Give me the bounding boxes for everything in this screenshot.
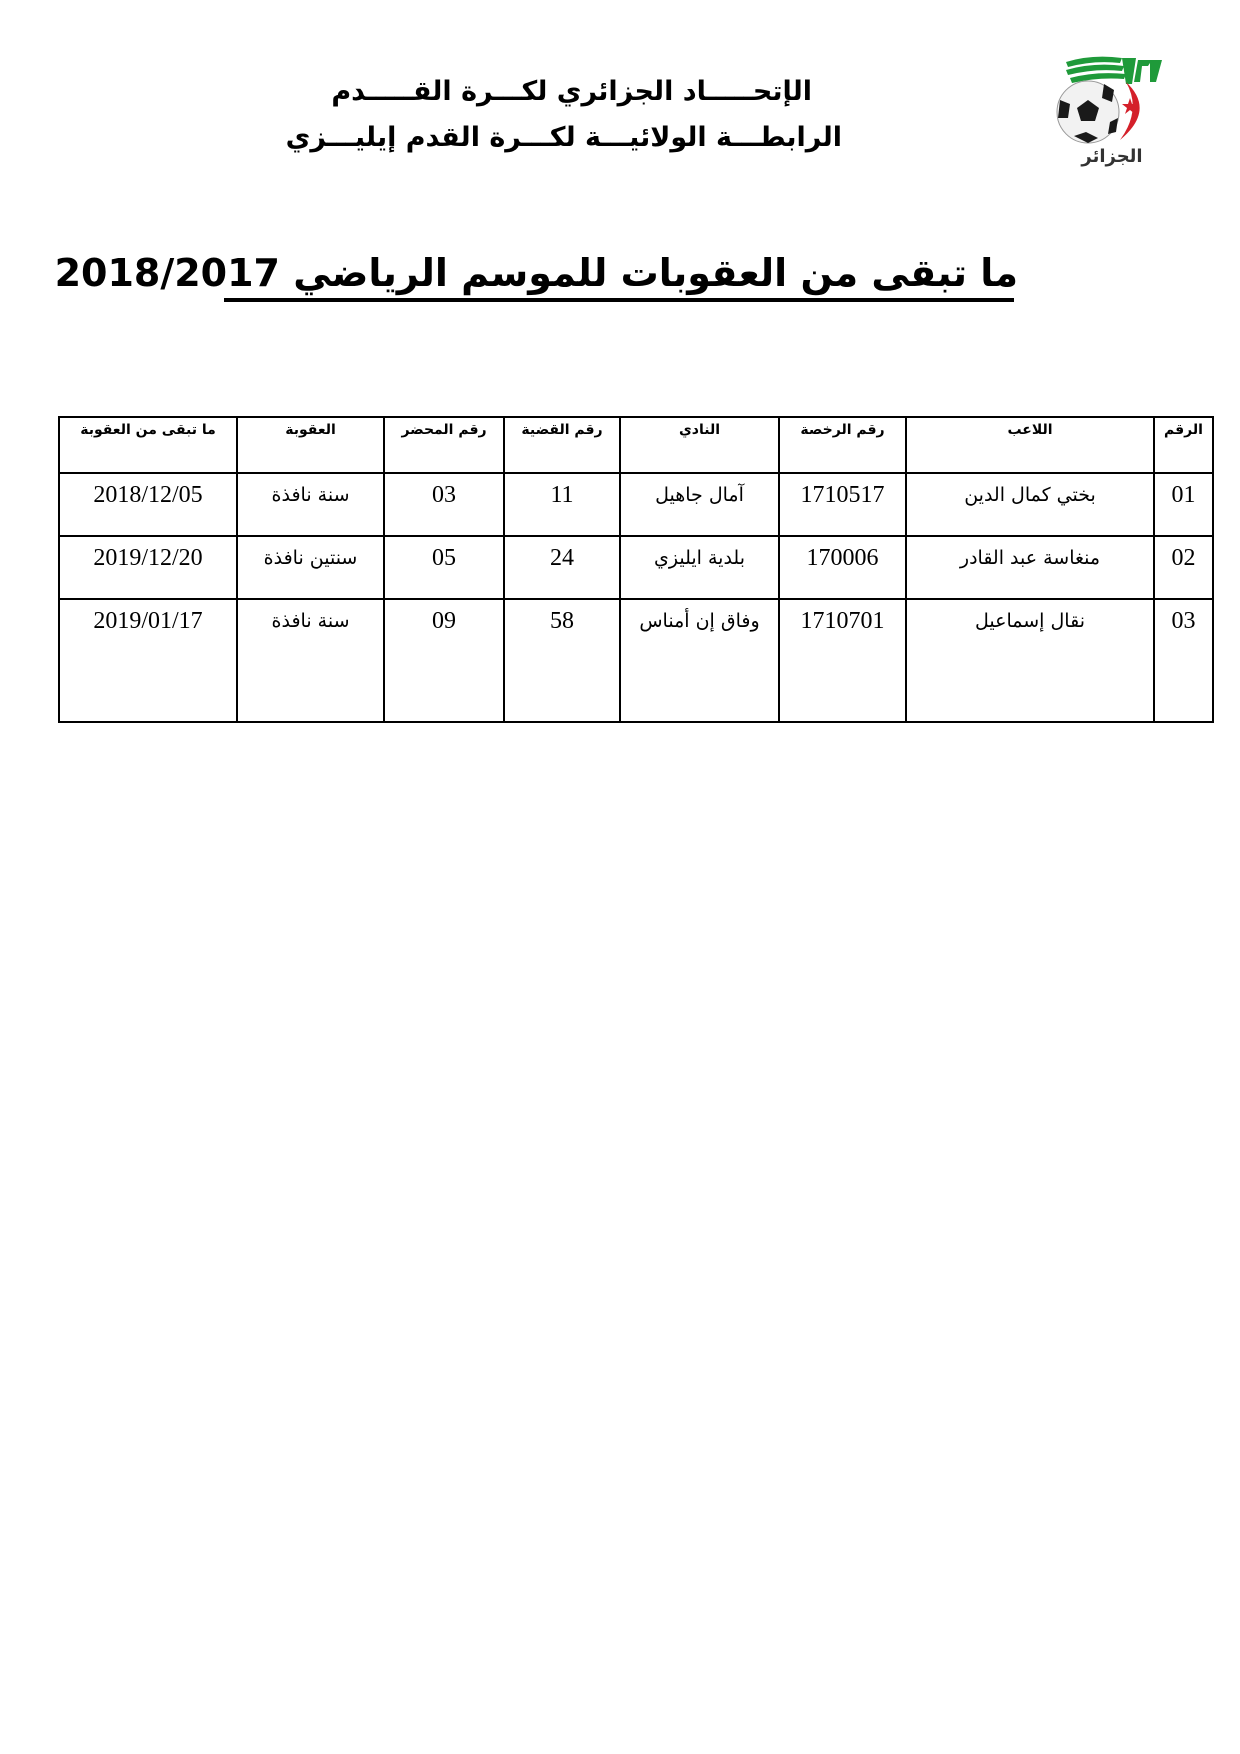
cell-report: 05 xyxy=(384,536,504,599)
cell-player: نقال إسماعيل xyxy=(906,599,1154,722)
cell-remaining: 2019/12/20 xyxy=(59,536,237,599)
cell-number: 02 xyxy=(1154,536,1213,599)
column-header-player: اللاعب xyxy=(906,417,1154,473)
cell-sanction: سنتين نافذة xyxy=(237,536,384,599)
column-header-case: رقم القضية xyxy=(504,417,620,473)
column-header-sanction: العقوبة xyxy=(237,417,384,473)
cell-sanction: سنة نافذة xyxy=(237,473,384,536)
cell-club: آمال جاهيل xyxy=(620,473,779,536)
cell-player: منغاسة عبد القادر xyxy=(906,536,1154,599)
cell-license: 1710517 xyxy=(779,473,906,536)
cell-sanction: سنة نافذة xyxy=(237,599,384,722)
cell-number: 03 xyxy=(1154,599,1213,722)
federation-name: الإتحـــــاد الجزائري لكـــرة القـــــدم xyxy=(331,76,812,107)
cell-report: 09 xyxy=(384,599,504,722)
cell-number: 01 xyxy=(1154,473,1213,536)
cell-club: وفاق إن أمناس xyxy=(620,599,779,722)
cell-club: بلدية ايليزي xyxy=(620,536,779,599)
column-header-license: رقم الرخصة xyxy=(779,417,906,473)
table-header-row: الرقم اللاعب رقم الرخصة النادي رقم القضي… xyxy=(59,417,1213,473)
title-underline xyxy=(224,298,1014,302)
column-header-remaining: ما تبقى من العقوبة xyxy=(59,417,237,473)
cell-case: 58 xyxy=(504,599,620,722)
column-header-report: رقم المحضر xyxy=(384,417,504,473)
column-header-number: الرقم xyxy=(1154,417,1213,473)
logo-caption: الجزائر xyxy=(1080,146,1142,167)
cell-case: 24 xyxy=(504,536,620,599)
cell-remaining: 2019/01/17 xyxy=(59,599,237,722)
cell-player: بختي كمال الدين xyxy=(906,473,1154,536)
cell-license: 1710701 xyxy=(779,599,906,722)
column-header-club: النادي xyxy=(620,417,779,473)
cell-remaining: 2018/12/05 xyxy=(59,473,237,536)
table-row: 02 منغاسة عبد القادر 170006 بلدية ايليزي… xyxy=(59,536,1213,599)
cell-report: 03 xyxy=(384,473,504,536)
sanctions-table: الرقم اللاعب رقم الرخصة النادي رقم القضي… xyxy=(58,416,1214,723)
football-federation-logo-icon: الجزائر xyxy=(1052,52,1164,170)
page-title: ما تبقى من العقوبات للموسم الرياضي 2018/… xyxy=(222,250,1018,296)
cell-license: 170006 xyxy=(779,536,906,599)
league-name: الرابطـــة الولائيـــة لكـــرة القدم إيل… xyxy=(286,122,842,153)
cell-case: 11 xyxy=(504,473,620,536)
table-row: 01 بختي كمال الدين 1710517 آمال جاهيل 11… xyxy=(59,473,1213,536)
table-row: 03 نقال إسماعيل 1710701 وفاق إن أمناس 58… xyxy=(59,599,1213,722)
